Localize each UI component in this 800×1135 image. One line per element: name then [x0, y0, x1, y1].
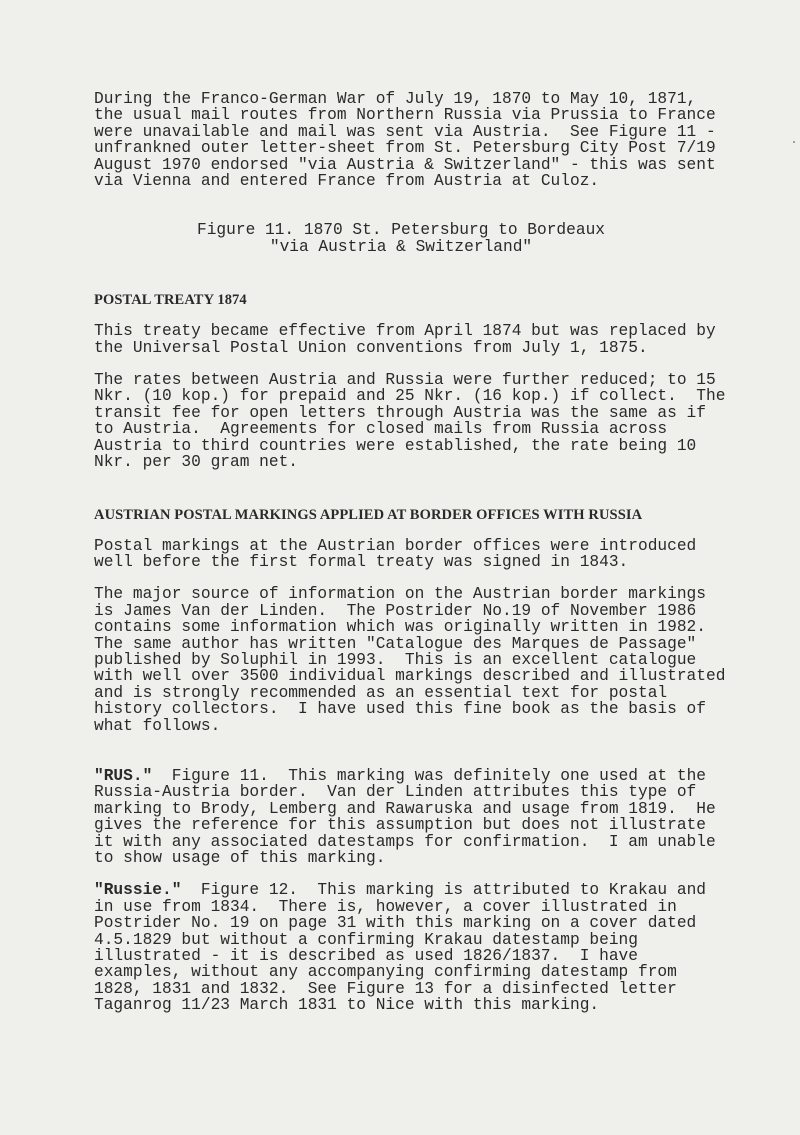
text-line: August 1970 endorsed "via Austria & Swit…: [94, 157, 708, 173]
text-line: in use from 1834. There is, however, a c…: [94, 899, 708, 915]
text-line: The major source of information on the A…: [94, 586, 708, 602]
text-line: Postrider No. 19 on page 31 with this ma…: [94, 915, 708, 931]
text-line: contains some information which was orig…: [94, 619, 708, 635]
markings-paragraph-2: The major source of information on the A…: [94, 586, 708, 734]
text-line: 4.5.1829 but without a confirming Krakau…: [94, 932, 708, 948]
text-segment: Figure 11. This marking was definitely o…: [152, 767, 706, 785]
intro-paragraph: During the Franco-German War of July 19,…: [94, 91, 708, 189]
text-line: Nkr. (10 kop.) for prepaid and 25 Nkr. (…: [94, 388, 708, 404]
text-line: Postal markings at the Austrian border o…: [94, 538, 708, 554]
text-line: illustrated - it is described as used 18…: [94, 948, 708, 964]
text-line: unfrankned outer letter-sheet from St. P…: [94, 140, 708, 156]
text-line: the usual mail routes from Northern Russ…: [94, 107, 708, 123]
text-line: is James Van der Linden. The Postrider N…: [94, 603, 708, 619]
text-line: transit fee for open letters through Aus…: [94, 405, 708, 421]
text-line: what follows.: [94, 718, 708, 734]
text-line: and is strongly recommended as an essent…: [94, 685, 708, 701]
text-line: were unavailable and mail was sent via A…: [94, 124, 708, 140]
text-line: During the Franco-German War of July 19,…: [94, 91, 708, 107]
treaty-paragraph-2: The rates between Austria and Russia wer…: [94, 372, 708, 470]
text-line: examples, without any accompanying confi…: [94, 964, 708, 980]
text-line: well before the first formal treaty was …: [94, 554, 708, 570]
text-line: Austria to third countries were establis…: [94, 438, 708, 454]
text-segment: Figure 12. This marking is attributed to…: [181, 881, 706, 899]
text-line: it with any associated datestamps for co…: [94, 834, 708, 850]
text-line: marking to Brody, Lemberg and Rawaruska …: [94, 801, 708, 817]
text-line: "Russie." Figure 12. This marking is att…: [94, 882, 708, 898]
text-line: history collectors. I have used this fin…: [94, 701, 708, 717]
speck-mark: [793, 141, 795, 143]
text-line: the Universal Postal Union conventions f…: [94, 340, 708, 356]
caption-line: Figure 11. 1870 St. Petersburg to Bordea…: [94, 222, 708, 238]
text-line: "RUS." Figure 11. This marking was defin…: [94, 768, 708, 784]
russie-marking-paragraph: "Russie." Figure 12. This marking is att…: [94, 882, 708, 1013]
text-line: Nkr. per 30 gram net.: [94, 454, 708, 470]
section-heading-postal-treaty: POSTAL TREATY 1874: [94, 292, 708, 308]
text-line: to show usage of this marking.: [94, 850, 708, 866]
text-line: The rates between Austria and Russia wer…: [94, 372, 708, 388]
figure-caption: Figure 11. 1870 St. Petersburg to Bordea…: [94, 222, 708, 255]
marking-label-rus: "RUS.": [94, 767, 152, 785]
document-page: During the Franco-German War of July 19,…: [94, 91, 708, 1014]
text-line: with well over 3500 individual markings …: [94, 668, 708, 684]
text-line: Taganrog 11/23 March 1831 to Nice with t…: [94, 997, 708, 1013]
markings-paragraph-1: Postal markings at the Austrian border o…: [94, 538, 708, 571]
text-line: The same author has written "Catalogue d…: [94, 636, 708, 652]
marking-label-russie: "Russie.": [94, 881, 181, 899]
text-line: via Vienna and entered France from Austr…: [94, 173, 708, 189]
treaty-paragraph-1: This treaty became effective from April …: [94, 323, 708, 356]
caption-line: "via Austria & Switzerland": [94, 239, 708, 255]
text-line: published by Soluphil in 1993. This is a…: [94, 652, 708, 668]
text-line: gives the reference for this assumption …: [94, 817, 708, 833]
text-line: This treaty became effective from April …: [94, 323, 708, 339]
text-line: 1828, 1831 and 1832. See Figure 13 for a…: [94, 981, 708, 997]
text-line: Russia-Austria border. Van der Linden at…: [94, 784, 708, 800]
section-heading-border-markings: AUSTRIAN POSTAL MARKINGS APPLIED AT BORD…: [94, 507, 708, 523]
rus-marking-paragraph: "RUS." Figure 11. This marking was defin…: [94, 768, 708, 866]
text-line: to Austria. Agreements for closed mails …: [94, 421, 708, 437]
